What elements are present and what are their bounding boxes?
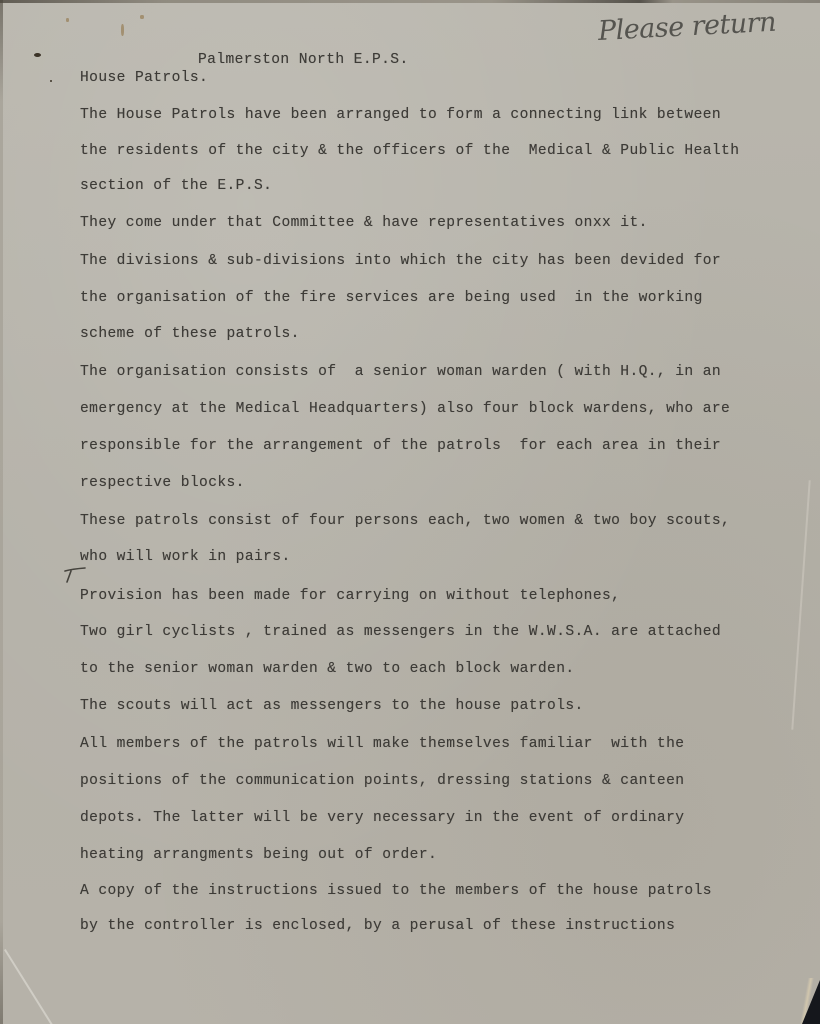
body-line: emergency at the Medical Headquarters) a… xyxy=(80,400,730,418)
body-line: These patrols consist of four persons ea… xyxy=(80,512,730,530)
ink-speck xyxy=(50,80,52,82)
paper-crease-right xyxy=(791,480,810,730)
rust-stain xyxy=(66,18,69,22)
page-top-edge xyxy=(0,0,820,3)
paper-crease xyxy=(4,949,56,1024)
rust-stain xyxy=(140,15,144,19)
page-left-edge xyxy=(0,0,3,1024)
body-line: Two girl cyclists , trained as messenger… xyxy=(80,623,721,641)
body-line: by the controller is enclosed, by a peru… xyxy=(80,917,675,935)
body-line: the organisation of the fire services ar… xyxy=(80,289,703,307)
body-line: Provision has been made for carrying on … xyxy=(80,587,620,605)
rust-stain xyxy=(121,24,124,36)
body-line: respective blocks. xyxy=(80,474,245,492)
body-line: The House Patrols have been arranged to … xyxy=(80,106,721,124)
body-line: The divisions & sub-divisions into which… xyxy=(80,252,721,270)
body-line: the residents of the city & the officers… xyxy=(80,142,739,160)
document-heading: Palmerston North E.P.S. xyxy=(198,51,409,69)
torn-corner xyxy=(802,980,820,1024)
body-line: The scouts will act as messengers to the… xyxy=(80,697,584,715)
body-line: who will work in pairs. xyxy=(80,548,291,566)
pencil-margin-mark xyxy=(64,567,86,583)
body-line: section of the E.P.S. xyxy=(80,177,272,195)
body-line: responsible for the arrangement of the p… xyxy=(80,437,721,455)
body-line: heating arrangments being out of order. xyxy=(80,846,437,864)
scanned-document-page: Please return Palmerston North E.P.S. Ho… xyxy=(0,0,820,1024)
body-line: The organisation consists of a senior wo… xyxy=(80,363,721,381)
body-line: A copy of the instructions issued to the… xyxy=(80,882,712,900)
document-subject: House Patrols. xyxy=(80,69,208,87)
body-line: All members of the patrols will make the… xyxy=(80,735,684,753)
body-line: to the senior woman warden & two to each… xyxy=(80,660,575,678)
body-line: positions of the communication points, d… xyxy=(80,772,684,790)
ink-speck xyxy=(34,53,41,57)
body-line: depots. The latter will be very necessar… xyxy=(80,809,684,827)
handwritten-annotation: Please return xyxy=(597,7,777,47)
body-line: They come under that Committee & have re… xyxy=(80,214,648,232)
body-line: scheme of these patrols. xyxy=(80,325,300,343)
